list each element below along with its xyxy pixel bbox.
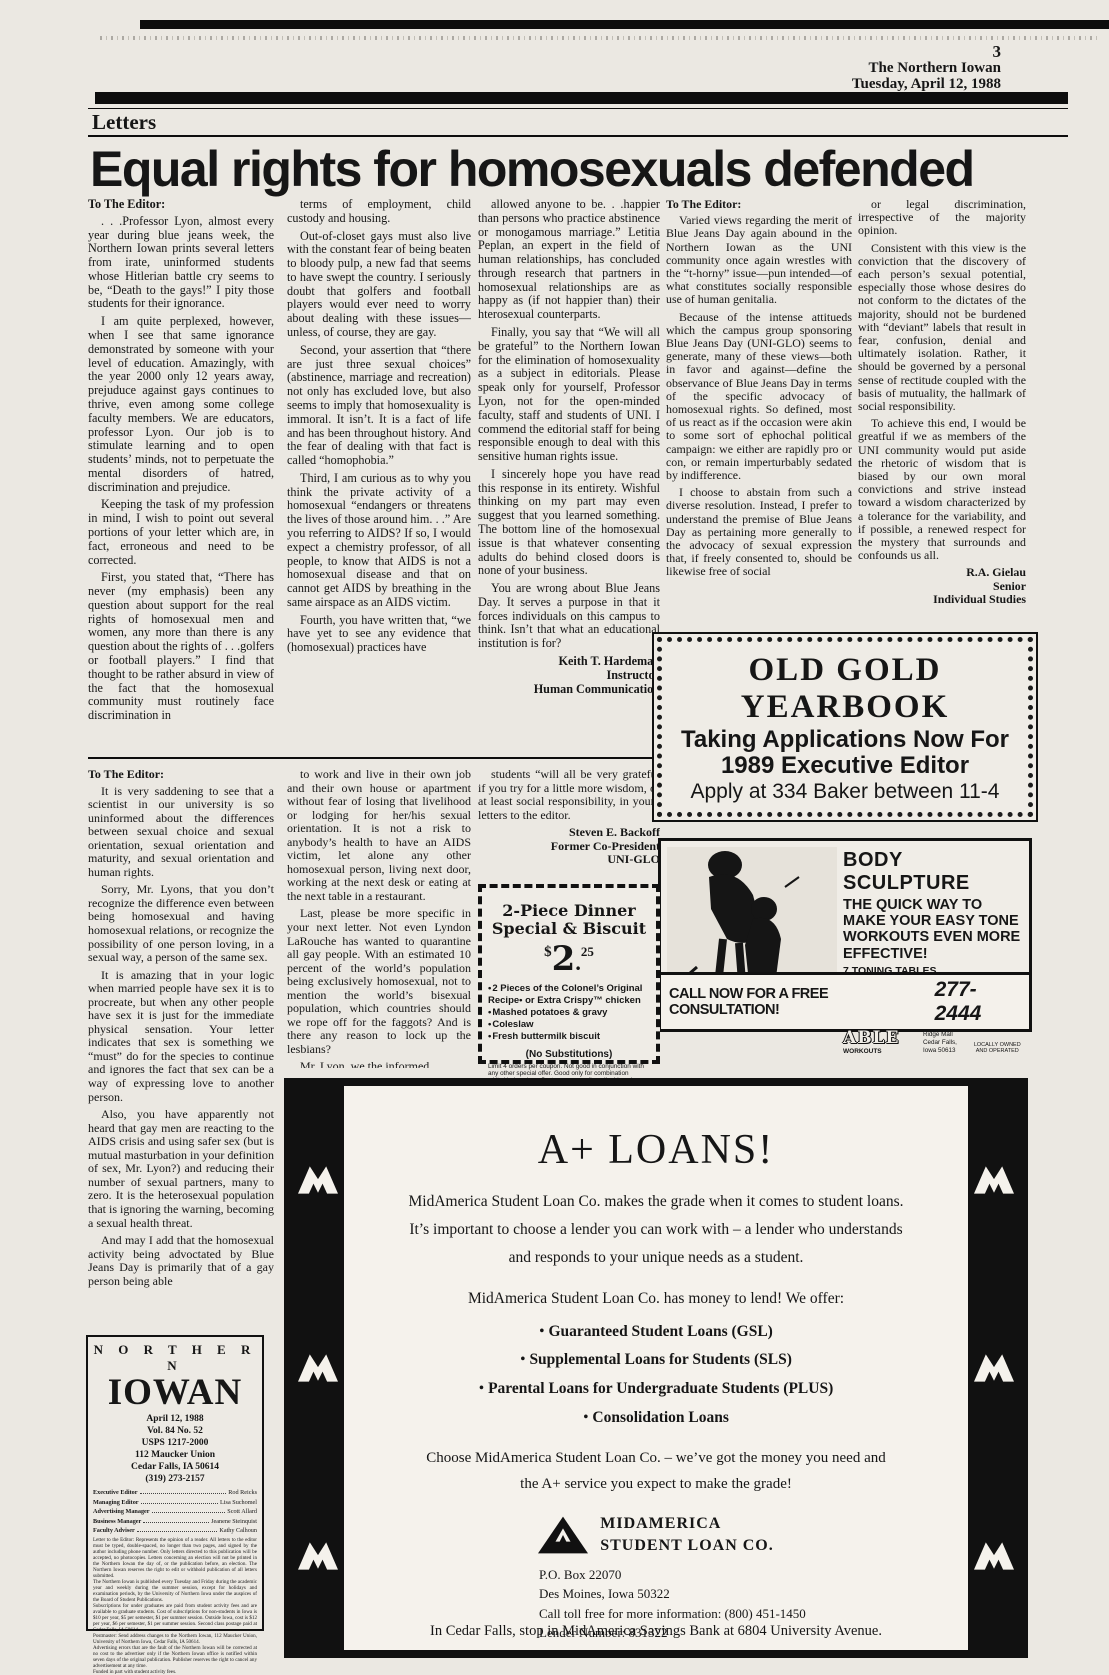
body-sculpture-subtitle: THE QUICK WAY TO MAKE YOUR EASY TONE WOR… [843,897,1025,962]
bear-able-workouts-label: WORKOUTS [843,1048,918,1055]
text-line: Consistent with this view is the convict… [858,242,1026,414]
text-line: It is very saddening to see that a scien… [88,785,274,880]
letter3-col3-paragraphs: students “will all be very grateful if y… [478,768,660,822]
text-line: Letter to the Editor: Represents the opi… [93,1537,257,1579]
text-line: to work and live in their own job and th… [287,768,471,903]
text-line: Keith T. Hardeman [478,655,660,669]
text-line: Mr. Lyon, we the informed [287,1060,471,1068]
yearbook-line1: Taking Applications Now For [668,727,1022,753]
text-line: Sorry, Mr. Lyons, that you don’t recogni… [88,883,274,964]
dotted-leader [143,1522,209,1523]
letter2-col1-paragraphs: Varied views regarding the merit of Blue… [666,214,852,578]
call-now-text: CALL NOW FOR A FREE CONSULTATION! [669,986,935,1018]
yearbook-apply-line: Apply at 334 Baker between 11-4 [668,780,1022,804]
kfc-title-line1: 2-Piece Dinner [488,902,650,920]
text-line: Varied views regarding the merit of Blue… [666,214,852,306]
text-line: USPS 1217-2000 [93,1438,257,1450]
text-line: Supplemental Loans for Students (SLS) [344,1346,968,1375]
text-line: Human Communication [478,683,660,697]
text-line: UNI-GLO [478,853,660,867]
text-line: Because of the intense attitueds which t… [666,311,852,483]
page-headline: Equal rights for homosexuals defended [90,140,974,198]
midamerica-logo-icon [974,1542,1014,1570]
staff-name: Lisa Suchomel [220,1499,257,1506]
letter-salutation: To The Editor: [88,198,274,212]
letter1-col2-paragraphs: terms of employment, child custody and h… [287,198,471,655]
letter3-col1-paragraphs: It is very saddening to see that a scien… [88,785,274,1289]
text-line: Out-of-closet gays must also live with t… [287,230,471,340]
staff-role: Advertising Manager [93,1508,150,1515]
letter1-col3-paragraphs: allowed anyone to be. . .happier than pe… [478,198,660,651]
dotted-leader [152,1512,226,1513]
text-line: Funded in part with student activity fee… [93,1669,257,1675]
kfc-title-line2: Special & Biscuit [488,920,650,938]
text-line: First, you stated that, “There has never… [88,571,274,723]
text-line: allowed anyone to be. . .happier than pe… [478,198,660,322]
text-line: the A+ service you expect to make the gr… [344,1472,968,1498]
text-line: Third, I am curious as to why you think … [287,472,471,610]
staff-role: Faculty Adviser [93,1527,135,1534]
body-sculpture-ad: BODY SCULPTURE THE QUICK WAY TO MAKE YOU… [658,838,1032,1032]
loans-headline: A+ LOANS! [344,1126,968,1174]
text-line: And may I add that the homosexual activi… [88,1234,274,1288]
section-rule-bottom [88,135,1068,137]
text-line: Cedar Falls, IA 50614 [93,1462,257,1474]
text-line: Fresh buttermilk biscuit [488,1031,650,1043]
text-line: Des Moines, Iowa 50322 [539,1584,839,1604]
letter1-col1-paragraphs: . . .Professor Lyon, almost every year d… [88,215,274,723]
letter2-column1: To The Editor: Varied views regarding th… [666,198,852,630]
masthead-staff-list: Executive Editor Rod Reicks Managing Edi… [93,1489,257,1534]
text-line: April 12, 1988 [93,1414,257,1426]
yearbook-line2: 1989 Executive Editor [668,753,1022,779]
text-line: Advertising errors that are the fault of… [93,1645,257,1669]
staff-role: Managing Editor [93,1499,139,1506]
staff-name: Jeanene Steinquist [211,1518,257,1525]
text-line: I am quite perplexed, however, when I se… [88,315,274,494]
text-line: Fourth, you have written that, “we have … [287,614,471,655]
masthead-staff-row: Business Manager Jeanene Steinquist [93,1518,257,1525]
text-line: Keeping the task of my profession in min… [88,498,274,567]
text-line: Mashed potatoes & gravy [488,1007,650,1019]
midamerica-logo-icon [298,1166,338,1194]
staff-name: Scott Allard [227,1508,257,1515]
text-line: You are wrong about Blue Jeans Day. It s… [478,582,660,651]
text-line: Cedar Falls, Iowa 50613 [923,1039,965,1055]
masthead-name-top: N O R T H E R N [93,1342,257,1374]
masthead-info-lines: April 12, 1988Vol. 84 No. 52USPS 1217-20… [93,1414,257,1485]
text-line: The Northern Iowan is published every Tu… [93,1579,257,1603]
letter3-col2-paragraphs: to work and live in their own job and th… [287,768,471,1068]
yearbook-lines: Taking Applications Now For 1989 Executi… [668,727,1022,780]
letter1-column3: allowed anyone to be. . .happier than pe… [478,198,660,754]
staff-name: Rod Reicks [228,1489,257,1496]
masthead-name-main: IOWAN [93,1375,257,1410]
letter-salutation: To The Editor: [88,768,274,782]
kfc-price-cents: 25 [581,944,594,959]
text-line: Steven E. Backoff [478,826,660,840]
text-line: Last, please be more specific in your ne… [287,907,471,1056]
text-line: I choose to abstain from such a diverse … [666,486,852,578]
text-line: To achieve this end, I would be greatful… [858,417,1026,562]
loans-company-name: MIDAMERICA STUDENT LOAN CO. [600,1513,774,1556]
midamerica-logo-icon [974,1166,1014,1194]
letter2-column2: or legal discrimination, irrespective of… [858,198,1026,630]
header-thick-rule [95,92,1068,104]
text-line: Postmaster: Send address changes to the … [93,1633,257,1645]
text-line: terms of employment, child custody and h… [287,198,471,226]
paper-name: The Northern Iowan [741,60,1001,77]
text-line: Subscriptions for under graduates are pa… [93,1603,257,1633]
letter2-signature: R.A. GielauSeniorIndividual Studies [858,566,1026,606]
loans-intro: MidAmerica Student Loan Co. makes the gr… [344,1188,968,1272]
loans-company-block: MIDAMERICA STUDENT LOAN CO. [344,1513,968,1556]
text-line: Individual Studies [858,593,1026,606]
loans-ad-inner: A+ LOANS! MidAmerica Student Loan Co. ma… [344,1086,968,1650]
kfc-no-substitutions: (No Substitutions) [488,1049,650,1060]
text-line: MidAmerica Student Loan Co. makes the gr… [344,1188,968,1216]
newspaper-page: 3 The Northern Iowan Tuesday, April 12, … [0,0,1109,1675]
text-line: I sincerely hope you have read this resp… [478,468,660,578]
text-line: It’s important to choose a lender you ca… [344,1216,968,1244]
text-line: It is amazing that in your logic when ma… [88,969,274,1104]
yearbook-ad-inner: OLD GOLD YEARBOOK Taking Applications No… [657,637,1033,817]
dotted-leader [141,1503,218,1504]
loans-company-line2: STUDENT LOAN CO. [600,1535,774,1557]
yearbook-ad: OLD GOLD YEARBOOK Taking Applications No… [652,632,1038,822]
consultation-bar: CALL NOW FOR A FREE CONSULTATION! 277-24… [661,972,1029,1029]
loans-footer-line: In Cedar Falls, stop in MidAmerica Savin… [344,1623,968,1640]
kfc-coupon: 2-Piece Dinner Special & Biscuit $2.25 2… [478,884,660,1064]
text-line: Senior [858,580,1026,593]
dotted-leader [137,1531,218,1532]
loans-right-band [968,1086,1020,1650]
text-line: Coleslaw [488,1019,650,1031]
yearbook-title: OLD GOLD YEARBOOK [668,652,1022,726]
masthead-box: N O R T H E R N IOWAN April 12, 1988Vol.… [86,1335,264,1631]
letter3-column2: to work and live in their own job and th… [287,768,471,1068]
letter2-col2-paragraphs: or legal discrimination, irrespective of… [858,198,1026,562]
section-rule-top [88,108,1068,109]
paper-date: Tuesday, April 12, 1988 [741,76,1001,93]
text-line: 112 Maucker Union [93,1450,257,1462]
letter1-signature: Keith T. HardemanInstructorHuman Communi… [478,655,660,696]
letter3-column1: To The Editor: It is very saddening to s… [88,768,274,1328]
text-line: Former Co-President [478,840,660,854]
letter-salutation: To The Editor: [666,198,852,211]
text-line: Vol. 84 No. 52 [93,1426,257,1438]
loans-offer-lead: MidAmerica Student Loan Co. has money to… [344,1290,968,1308]
dotted-leader [140,1493,227,1494]
text-line: Guaranteed Student Loans (GSL) [344,1318,968,1347]
section-label: Letters [92,110,156,135]
loans-ad: A+ LOANS! MidAmerica Student Loan Co. ma… [284,1078,1028,1658]
text-line: R.A. Gielau [858,566,1026,579]
staff-name: Kathy Calhoun [219,1527,257,1534]
masthead-staff-row: Managing Editor Lisa Suchomel [93,1499,257,1506]
midamerica-logo-icon [298,1542,338,1570]
kfc-price: $2.25 [488,939,650,979]
midamerica-logo-icon [538,1515,588,1555]
text-line: or legal discrimination, irrespective of… [858,198,1026,238]
masthead-staff-row: Faculty Adviser Kathy Calhoun [93,1527,257,1534]
text-line: Choose MidAmerica Student Loan Co. – we’… [344,1446,968,1472]
text-line: P.O. Box 22070 [539,1565,839,1585]
text-line: Call toll free for more information: (80… [539,1604,839,1624]
body-sculpture-title: BODY SCULPTURE [843,849,1025,895]
letter1-column1: To The Editor: . . .Professor Lyon, almo… [88,198,274,754]
text-line: Second, your assertion that “there are j… [287,344,471,468]
text-line: students “will all be very grateful if y… [478,768,660,822]
masthead-staff-row: Executive Editor Rod Reicks [93,1489,257,1496]
letters-divider-rule [88,757,654,759]
text-line: 2 Pieces of the Colonel’s Original Recip… [488,983,650,1007]
masthead-legal-text: Letter to the Editor: Represents the opi… [93,1537,257,1675]
midamerica-logo-icon [298,1354,338,1382]
loans-closing: Choose MidAmerica Student Loan Co. – we’… [344,1446,968,1497]
locally-owned-label: LOCALLY OWNED AND OPERATED [970,1042,1025,1055]
top-rule [140,20,1109,29]
kfc-price-whole: 2 [552,939,576,979]
phone-number: 277-2444 [935,978,1021,1026]
letter3-signature: Steven E. BackoffFormer Co-PresidentUNI-… [478,826,660,867]
text-line: Instructor [478,669,660,683]
page-number: 3 [881,42,1001,62]
text-line: Parental Loans for Undergraduate Student… [344,1375,968,1404]
midamerica-logo-icon [974,1354,1014,1382]
text-line: Consolidation Loans [344,1404,968,1433]
masthead-staff-row: Advertising Manager Scott Allard [93,1508,257,1515]
loans-company-line1: MIDAMERICA [600,1513,774,1535]
letter3-column3: students “will all be very grateful if y… [478,768,660,878]
text-line: Finally, you say that “We will all be gr… [478,326,660,464]
staff-role: Business Manager [93,1518,141,1525]
text-line: and responds to your unique needs as a s… [344,1244,968,1272]
text-line: . . .Professor Lyon, almost every year d… [88,215,274,311]
scan-noise-strip [100,36,1100,40]
letter1-column2: terms of employment, child custody and h… [287,198,471,754]
kfc-price-currency: $ [544,944,552,960]
loans-offer-list: Guaranteed Student Loans (GSL)Supplement… [344,1318,968,1433]
text-line: (319) 273-2157 [93,1474,257,1486]
staff-role: Executive Editor [93,1489,138,1496]
loans-left-band [292,1086,344,1650]
kfc-item-list: 2 Pieces of the Colonel’s Original Recip… [488,983,650,1042]
text-line: Also, you have apparently not heard that… [88,1108,274,1230]
